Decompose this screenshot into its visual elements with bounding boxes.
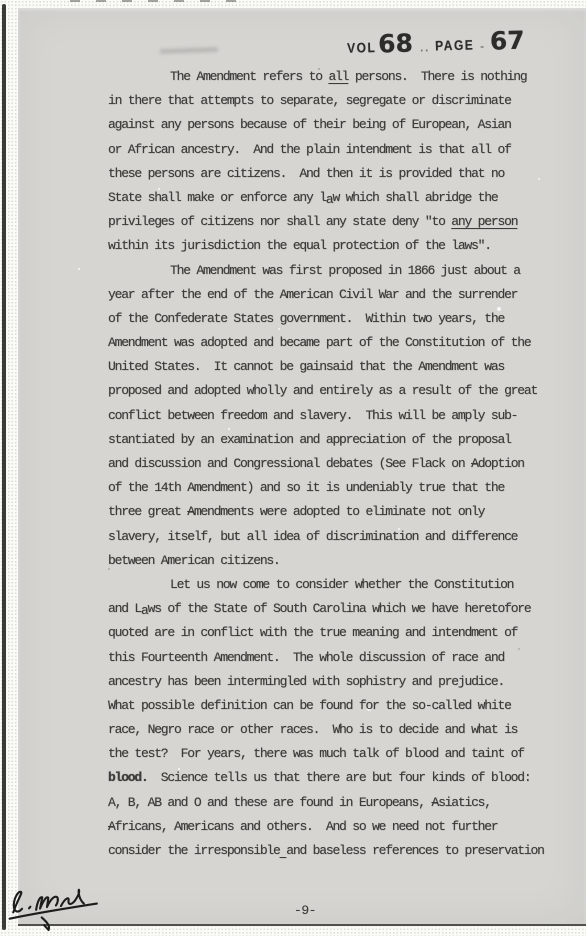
text-line: race, Negro race or other races. Who is … [108,718,560,742]
text-line: quoted are in conflict with the true mea… [108,621,560,645]
text-line: Let us now come to consider whether the … [108,573,560,597]
vol-stamp-value: 68 [378,31,413,57]
text-line: privileges of citizens nor shall any sta… [108,210,560,234]
document-page: VOL 68 .. PAGE - 67 The Amendment refers… [18,8,586,926]
text-line: the test? For years, there was much talk… [108,742,560,766]
stamp-separator-dash: - [474,41,488,54]
text-line: against any persons because of their bei… [108,113,560,137]
text-line: and discussion and Congressional debates… [108,452,560,476]
text-line: and Laws of the State of South Carolina … [108,597,560,621]
text-line: The Amendment refers to all persons. The… [108,65,560,89]
scan-noise-specks [18,8,20,10]
text-line: this Fourteenth Amendment. The whole dis… [108,646,560,670]
scan-edge-bar [2,4,6,930]
text-line: three great Amendments were adopted to e… [108,500,560,524]
page-stamp-value: 67 [490,28,525,54]
text-line: consider the irresponsible and baseless … [108,839,560,863]
scan-smudge-mark [160,47,218,54]
text-line: A, B, AB and O and these are found in Eu… [108,791,560,815]
text-line: year after the end of the American Civil… [108,283,560,307]
text-line: within its jurisdiction the equal protec… [108,234,560,258]
page-stamp-label: PAGE [435,37,475,56]
text-line: Amendment was adopted and became part of… [108,331,560,355]
text-line: United States. It cannot be gainsaid tha… [108,355,560,379]
text-line: these persons are citizens. And then it … [108,162,560,186]
text-line: of the 14th Amendment) and so it is unde… [108,476,560,500]
text-line: What possible definition can be found fo… [108,694,560,718]
text-line: conflict between freedom and slavery. Th… [108,404,560,428]
text-line: State shall make or enforce any law whic… [108,186,560,210]
stamp-separator-dots: .. [413,42,435,56]
text-line: ancestry has been intermingled with soph… [108,670,560,694]
text-line: proposed and adopted wholly and entirely… [108,379,560,403]
page-number: -9- [273,903,337,918]
text-line: blood. Science tells us that there are b… [108,766,560,790]
text-line: of the Confederate States government. Wi… [108,307,560,331]
text-line: stantiated by an examination and appreci… [108,428,560,452]
text-line: slavery, itself, but all idea of discrim… [108,525,560,549]
handwritten-signature [3,882,121,932]
text-line: The Amendment was first proposed in 1866… [108,259,560,283]
scanned-document-screenshot: { "document": { "stamp": { "vol_label": … [0,0,586,936]
vol-stamp-label: VOL [347,39,377,58]
text-line: Africans, Americans and others. And so w… [108,815,560,839]
vol-page-stamp: VOL 68 .. PAGE - 67 [347,28,525,58]
text-line: or African ancestry. And the plain inten… [108,138,560,162]
text-line: between American citizens. [108,549,560,573]
text-line: in there that attempts to separate, segr… [108,89,560,113]
document-text: The Amendment refers to all persons. The… [108,65,560,863]
scan-tear-mark [70,0,240,2]
